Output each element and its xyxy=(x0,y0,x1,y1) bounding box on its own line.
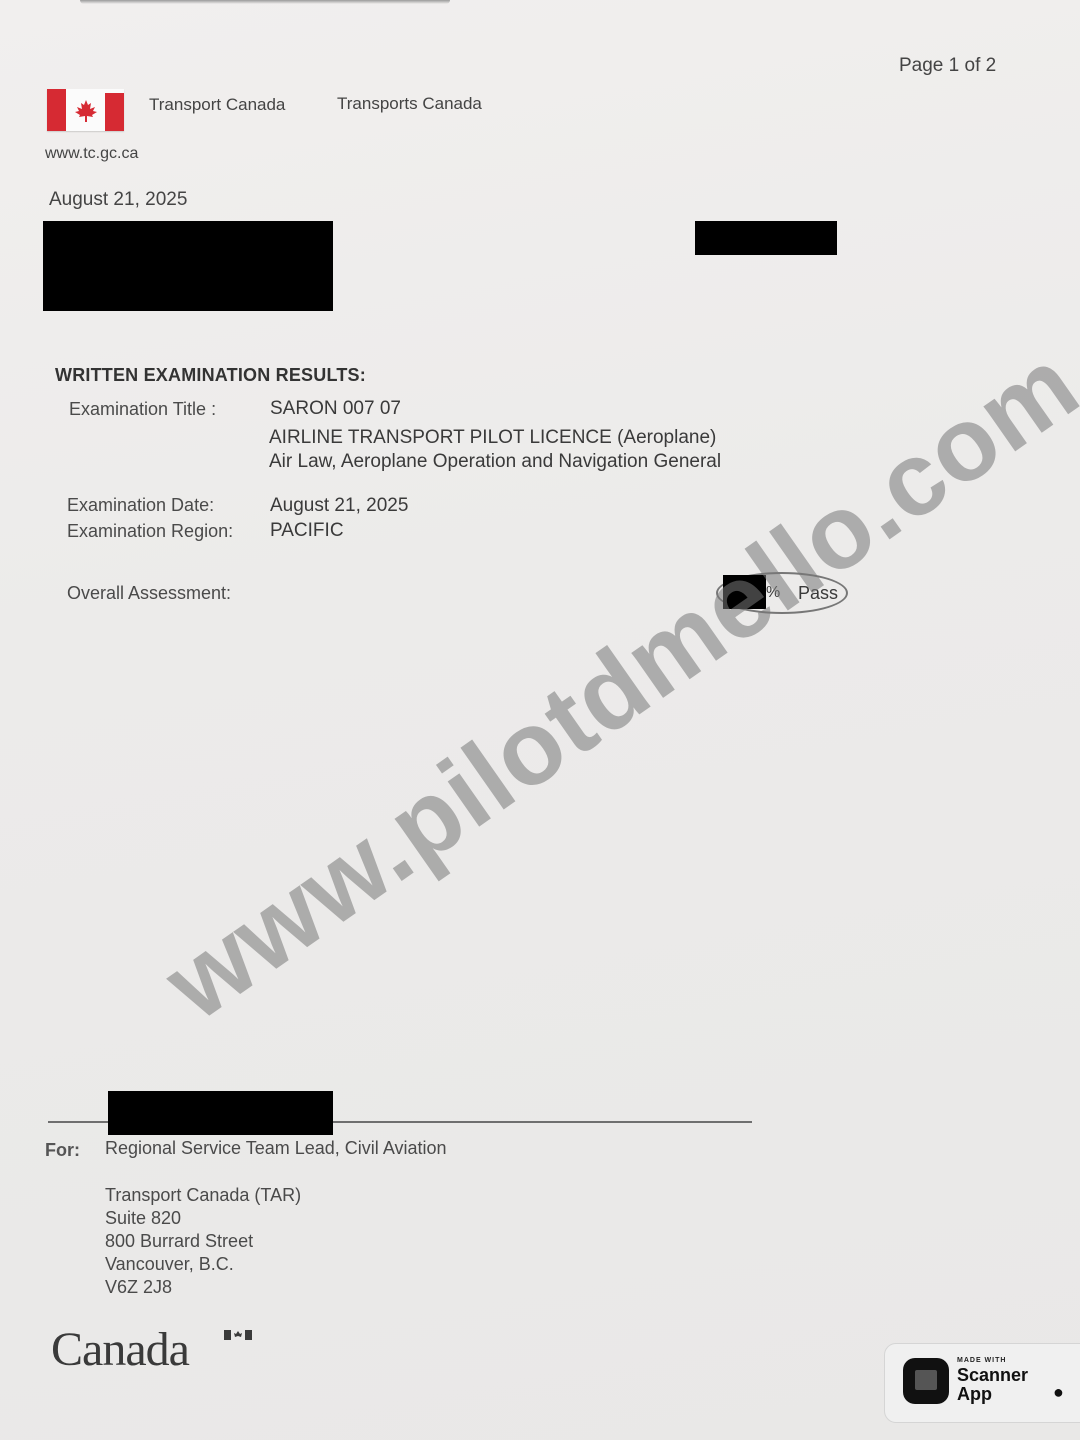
exam-licence: AIRLINE TRANSPORT PILOT LICENCE (Aeropla… xyxy=(269,427,716,449)
address-line: V6Z 2J8 xyxy=(105,1276,172,1299)
address-line: Vancouver, B.C. xyxy=(105,1253,234,1276)
section-title: WRITTEN EXAMINATION RESULTS: xyxy=(55,365,366,386)
maple-leaf-icon xyxy=(73,98,99,124)
apple-icon: ● xyxy=(1053,1382,1064,1403)
letter-date: August 21, 2025 xyxy=(49,189,187,211)
redacted-recipient-address xyxy=(43,221,333,311)
document-page: Transport Canada Transports Canada Page … xyxy=(0,0,1080,1440)
canada-wordmark: Canada xyxy=(51,1322,189,1377)
exam-region-label: Examination Region: xyxy=(67,521,233,542)
wordmark-flag-icon xyxy=(224,1330,252,1340)
address-line: 800 Burrard Street xyxy=(105,1230,253,1253)
exam-title-label: Examination Title : xyxy=(69,399,216,420)
exam-region-value: PACIFIC xyxy=(270,520,344,542)
address-line: Suite 820 xyxy=(105,1207,181,1230)
exam-subject: Air Law, Aeroplane Operation and Navigat… xyxy=(269,451,721,473)
org-name-english: Transport Canada xyxy=(149,95,285,115)
exam-date-label: Examination Date: xyxy=(67,495,214,516)
exam-code: SARON 007 07 xyxy=(270,398,401,420)
canada-flag-icon xyxy=(47,89,124,131)
assessment-label: Overall Assessment: xyxy=(67,583,231,604)
redacted-signature xyxy=(108,1091,333,1135)
exam-date-value: August 21, 2025 xyxy=(270,495,408,517)
website-url: www.tc.gc.ca xyxy=(45,145,138,163)
address-line: Transport Canada (TAR) xyxy=(105,1184,301,1207)
org-name-french: Transports Canada xyxy=(337,94,482,114)
made-with-label: MADE WITH xyxy=(957,1357,1006,1364)
redacted-reference-number xyxy=(695,221,837,255)
for-label: For: xyxy=(45,1140,80,1161)
scanner-app-badge: MADE WITH Scanner App ● xyxy=(884,1343,1080,1423)
page-indicator: Page 1 of 2 xyxy=(899,55,996,77)
page-edge-shadow xyxy=(80,0,450,4)
for-title: Regional Service Team Lead, Civil Aviati… xyxy=(105,1137,447,1160)
scanner-app-name: Scanner App xyxy=(957,1366,1028,1404)
scanner-app-icon xyxy=(903,1358,949,1404)
